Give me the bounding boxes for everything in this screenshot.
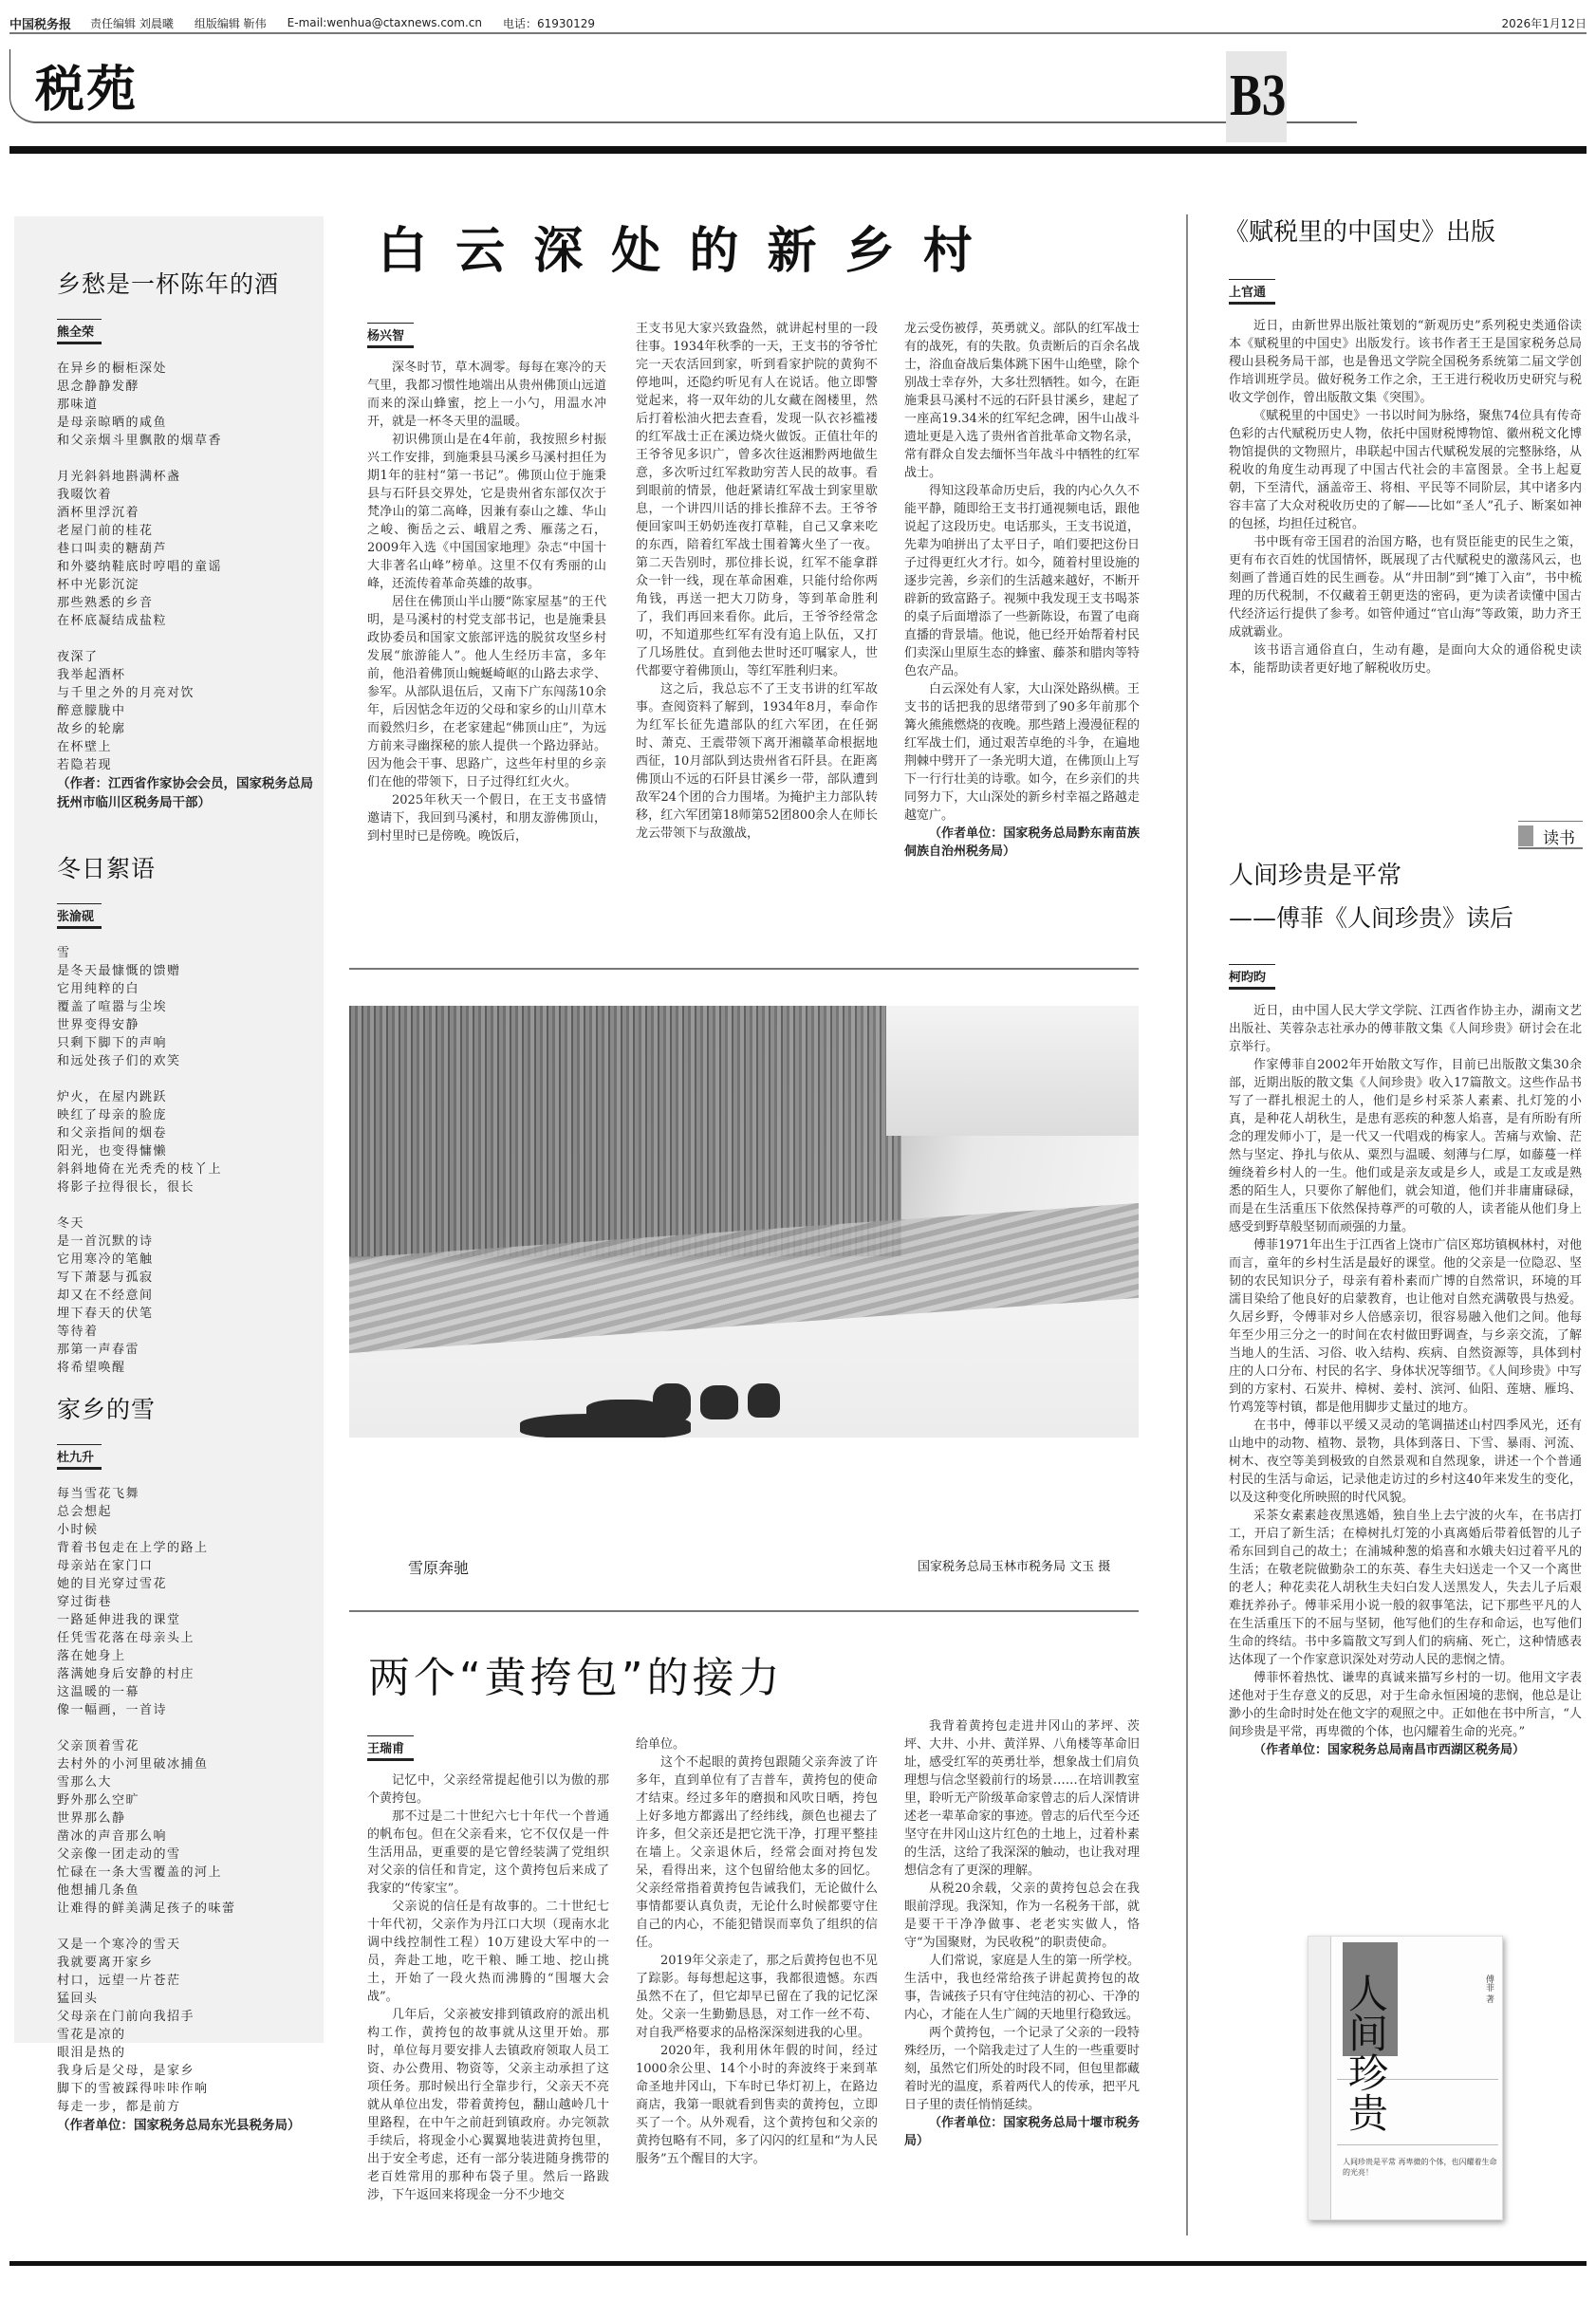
article-1-column-2: 王支书见大家兴致盎然，就讲起村里的一段往事。1934年秋季的一天，王支书的爷爷忙… — [636, 320, 878, 843]
verse-line: 雪那么大 — [57, 1773, 323, 1791]
photo-horse — [586, 1400, 662, 1420]
paragraph: 该书语言通俗直白，生动有趣，是面向大众的通俗税史读本，能帮助读者更好地了解税收历… — [1229, 641, 1582, 677]
poem-verse: 在异乡的橱柜深处 思念静静发酵 那味道 是母亲晾晒的咸鱼 和父亲烟斗里飘散的烟草… — [57, 360, 323, 774]
verse-line: 她的目光穿过雪花 — [57, 1575, 323, 1593]
verse-line: 总会想起 — [57, 1503, 323, 1521]
page-number-badge: B3 — [1226, 51, 1287, 142]
issue-date: 2026年1月12日 — [1502, 15, 1587, 31]
section-title: 税苑 — [35, 49, 138, 121]
article-4-subtitle: ——傅菲《人间珍贵》读后 — [1229, 900, 1513, 934]
paragraph: 那不过是二十世纪六七十年代一个普通的帆布包。但在父亲看来，它不仅仅是一件生活用品… — [367, 1808, 609, 1898]
verse-line: 杯中光影沉淀 — [57, 576, 323, 594]
photo-credit: 国家税务总局玉林市税务局 文玉 摄 — [918, 1556, 1110, 1574]
verse-line: 阳光，也变得慵懒 — [57, 1142, 323, 1160]
poem-author: 张渝砚 — [57, 903, 102, 929]
poetry-sidebar: 乡愁是一杯陈年的酒 熊全荣 在异乡的橱柜深处 思念静静发酵 那味道 是母亲晾晒的… — [14, 216, 324, 2043]
photo-rider — [653, 1383, 691, 1421]
paragraph: 两个黄挎包，一个记录了父亲的一段特殊经历，一个陪我走过了人生的一些重要时刻，虽然… — [904, 2024, 1140, 2114]
book-cover-image: 人间珍贵 傅菲 著 人间珍贵是平常 再卑微的个体，也闪耀着生命的光亮！ — [1308, 1936, 1503, 2220]
paragraph: 书中既有帝王国君的治国方略，也有贤臣能吏的民生之策，更有布衣百姓的忧国情怀，既展… — [1229, 533, 1582, 641]
verse-line: 每当雪花飞舞 — [57, 1485, 323, 1503]
poem-author: 熊全荣 — [57, 319, 102, 344]
paragraph: 居住在佛顶山半山腰“陈家屋基”的王代明，是马溪村的村党支部书记，也是施秉县政协委… — [367, 593, 606, 791]
poem-title: 家乡的雪 — [57, 1391, 323, 1425]
verse-line: 雪花是凉的 — [57, 2026, 323, 2044]
article-2-column-3: 我背着黄挎包走进井冈山的茅坪、茨坪、大井、小井、黄洋界、八角楼等革命旧址，感受红… — [904, 1717, 1140, 2150]
verse-line: 野外那么空旷 — [57, 1791, 323, 1809]
verse-line: 冬天 — [57, 1215, 323, 1233]
verse-line: 世界变得安静 — [57, 1016, 323, 1034]
email-contact[interactable]: E-mail:wenhua@ctaxnews.com.cn — [288, 16, 482, 29]
verse-line: 母亲站在家门口 — [57, 1557, 323, 1575]
verse-line: 和远处孩子们的欢笑 — [57, 1052, 323, 1070]
poem-title: 乡愁是一杯陈年的酒 — [57, 266, 323, 300]
article-4-body: 近日，由中国人民大学文学院、江西省作协主办，湖南文艺出版社、芙蓉杂志社承办的傅菲… — [1229, 1002, 1582, 1759]
paragraph: 我背着黄挎包走进井冈山的茅坪、茨坪、大井、小井、黄洋界、八角楼等革命旧址，感受红… — [904, 1717, 1140, 1880]
verse-line: 在杯壁上 — [57, 738, 323, 756]
article-3-author: 上官通 — [1229, 279, 1275, 305]
article-1-column-1: 深冬时节，草木凋零。每每在寒冷的天气里，我都习惯性地端出从贵州佛顶山远道而来的深… — [367, 359, 606, 845]
paragraph: 几年后，父亲被安排到镇政府的派出机构工作，黄挎包的故事就从这里开始。那时，单位每… — [367, 2006, 609, 2204]
verse-line: 是冬天最慷慨的馈赠 — [57, 962, 323, 980]
verse-line: 忙碌在一条大雪覆盖的河上 — [57, 1864, 323, 1882]
paragraph: 采茶女素素趁夜黑逃婚，独自坐上去宁波的火车，在书店打工，开启了新生活；在樟树扎灯… — [1229, 1507, 1582, 1669]
verse-line: 覆盖了喧嚣与尘埃 — [57, 998, 323, 1016]
page-number: B3 — [1230, 63, 1286, 130]
paragraph: 2020年，我利用休年假的时间，经过1000余公里、14个小时的奔波终于来到革命… — [636, 2042, 878, 2168]
verse-line: 像一幅画，一首诗 — [57, 1701, 323, 1719]
verse-line: 巷口叫卖的糖葫芦 — [57, 540, 323, 558]
verse-line: 我身后是父母，是家乡 — [57, 2062, 323, 2080]
article-2-column-1: 记忆中，父亲经常提起他引以为傲的那个黄挎包。 那不过是二十世纪六七十年代一个普通… — [367, 1771, 609, 2204]
snowfield-horses-photo — [349, 1006, 1139, 1437]
paragraph: 深冬时节，草木凋零。每每在寒冷的天气里，我都习惯性地端出从贵州佛顶山远道而来的深… — [367, 359, 606, 431]
verse-line: 眼泪是热的 — [57, 2044, 323, 2062]
paragraph: 给单位。 — [636, 1735, 878, 1753]
article-1-credit: （作者单位：国家税务总局黔东南苗族侗族自治州税务局） — [904, 825, 1140, 861]
article-4-author: 柯昀昀 — [1229, 964, 1275, 990]
paragraph: 这之后，我总忘不了王支书讲的红军故事。查阅资料了解到，1934年8月，奉命作为红… — [636, 680, 878, 843]
paragraph: 近日，由中国人民大学文学院、江西省作协主办，湖南文艺出版社、芙蓉杂志社承办的傅菲… — [1229, 1002, 1582, 1056]
verse-line: 那味道 — [57, 396, 323, 414]
verse-line: 与千里之外的月亮对饮 — [57, 684, 323, 702]
paragraph: 人们常说，家庭是人生的第一所学校。生活中，我也经常给孩子讲起黄挎包的故事，告诫孩… — [904, 1952, 1140, 2024]
stanza: 又是一个寒冷的雪天 我就要离开家乡 村口，远望一片苍茫 猛回头 父母亲在门前向我… — [57, 1936, 323, 2116]
verse-line: 雪 — [57, 944, 323, 962]
verse-line: 写下萧瑟与孤寂 — [57, 1269, 323, 1287]
verse-line: 它用纯粹的白 — [57, 980, 323, 998]
verse-line: 等待着 — [57, 1323, 323, 1341]
verse-line: 它用寒冷的笔触 — [57, 1251, 323, 1269]
verse-line: 在杯底凝结成盐粒 — [57, 612, 323, 630]
verse-line: 思念静静发酵 — [57, 378, 323, 396]
article-divider — [349, 1610, 1139, 1612]
verse-line: 那些熟悉的乡音 — [57, 594, 323, 612]
verse-line: 这温暖的一幕 — [57, 1683, 323, 1701]
verse-line: 我啜饮着 — [57, 486, 323, 504]
article-4-credit: （作者单位：国家税务总局南昌市西湖区税务局） — [1229, 1741, 1582, 1759]
verse-line: 若隐若现 — [57, 756, 323, 774]
poem-title: 冬日絮语 — [57, 850, 323, 884]
stanza: 每当雪花飞舞 总会想起 小时候 背着书包走在上学的路上 母亲站在家门口 她的目光… — [57, 1485, 323, 1719]
verse-line: 又是一个寒冷的雪天 — [57, 1936, 323, 1954]
photo-rider — [748, 1383, 780, 1418]
verse-line: 映红了母亲的脸庞 — [57, 1106, 323, 1124]
verse-line: 父亲像一团走动的雪 — [57, 1846, 323, 1864]
verse-line: 酒杯里浮沉着 — [57, 504, 323, 522]
footer-divider — [9, 2261, 1587, 2266]
paragraph: 作家傅菲自2002年开始散文写作，目前已出版散文集30余部，近期出版的散文集《人… — [1229, 1056, 1582, 1236]
verse-line: 猛回头 — [57, 1990, 323, 2008]
verse-line: 老屋门前的桂花 — [57, 522, 323, 540]
verse-line: 去村外的小河里破冰捕鱼 — [57, 1755, 323, 1773]
verse-line: 只剩下脚下的声响 — [57, 1034, 323, 1052]
verse-line: 埋下春天的伏笔 — [57, 1305, 323, 1323]
paragraph: 白云深处有人家，大山深处路纵横。王支书的话把我的思绪带到了90多年前那个篝火熊熊… — [904, 680, 1140, 825]
article-1-column-3: 龙云受伤被俘，英勇就义。部队的红军战士有的战死，有的失散。负责断后的百余名战士，… — [904, 320, 1140, 861]
verse-line: 任凭雪花落在母亲头上 — [57, 1629, 323, 1647]
paragraph: 近日，由新世界出版社策划的“新观历史”系列税史类通俗读本《赋税里的中国史》出版发… — [1229, 317, 1582, 407]
article-4-title: 人间珍贵是平常 — [1229, 856, 1401, 891]
article-2-column-2: 给单位。 这个不起眼的黄挎包跟随父亲奔波了许多年，直到单位有了吉普车，黄挎包的使… — [636, 1735, 878, 2168]
verse-line: 斜斜地倚在光秃秃的枝丫上 — [57, 1160, 323, 1178]
stanza: 夜深了 我举起酒杯 与千里之外的月亮对饮 醉意朦胧中 故乡的轮廓 在杯壁上 若隐… — [57, 648, 323, 774]
stanza: 冬天 是一首沉默的诗 它用寒冷的笔触 写下萧瑟与孤寂 却又在不经意间 埋下春天的… — [57, 1215, 323, 1377]
verse-line: 背着书包走在上学的路上 — [57, 1539, 323, 1557]
article-3-body: 近日，由新世界出版社策划的“新观历史”系列税史类通俗读本《赋税里的中国史》出版发… — [1229, 317, 1582, 677]
verse-line: 将影子拉得很长，很长 — [57, 1178, 323, 1196]
verse-line: 父母亲在门前向我招手 — [57, 2008, 323, 2026]
verse-line: 世界那么静 — [57, 1809, 323, 1827]
verse-line: 凿冰的声音那么响 — [57, 1827, 323, 1846]
book-cover-author: 傅菲 著 — [1483, 1975, 1495, 2003]
paragraph: 得知这段革命历史后，我的内心久久不能平静，随即给王支书打通视频电话，跟他说起了这… — [904, 482, 1140, 680]
paragraph: 父亲说的信任是有故事的。二十世纪七十年代初，父亲作为丹江口大坝（现南水北调中线控… — [367, 1898, 609, 2006]
paragraph: 龙云受伤被俘，英勇就义。部队的红军战士有的战死，有的失散。负责断后的百余名战士，… — [904, 320, 1140, 482]
verse-line: 和外婆纳鞋底时哼唱的童谣 — [57, 558, 323, 576]
verse-line: 我举起酒杯 — [57, 666, 323, 684]
poem-verse: 雪 是冬天最慷慨的馈赠 它用纯粹的白 覆盖了喧嚣与尘埃 世界变得安静 只剩下脚下… — [57, 944, 323, 1377]
header-divider — [9, 146, 1587, 154]
verse-line: 每走一步，都是前方 — [57, 2098, 323, 2116]
paragraph: 2025年秋天一个假日，在王支书盛情邀请下，我回到马溪村，和朋友游佛顶山，到村里… — [367, 791, 606, 845]
verse-line: 是母亲晾晒的咸鱼 — [57, 414, 323, 432]
article-3-title: 《赋税里的中国史》出版 — [1224, 213, 1495, 248]
verse-line: 和父亲指间的烟卷 — [57, 1124, 323, 1142]
article-2-credit: （作者单位：国家税务总局十堰市税务局） — [904, 2114, 1140, 2150]
verse-line: 醉意朦胧中 — [57, 702, 323, 720]
paragraph: 2019年父亲走了，那之后黄挎包也不见了踪影。每每想起这事，我都很遗憾。东西虽然… — [636, 1952, 878, 2042]
poem-verse: 每当雪花飞舞 总会想起 小时候 背着书包走在上学的路上 母亲站在家门口 她的目光… — [57, 1485, 323, 2116]
poem-author: 杜九升 — [57, 1444, 102, 1470]
photo-rider — [700, 1385, 738, 1419]
photo-caption: 雪原奔驰 — [408, 1556, 469, 1578]
paragraph: 傅菲怀着热忱、谦卑的真诚来描写乡村的一切。他用文字表述他对于生存意义的反思，对于… — [1229, 1669, 1582, 1741]
book-cover-tagline: 人间珍贵是平常 再卑微的个体，也闪耀着生命的光亮！ — [1343, 2157, 1502, 2178]
verse-line: 小时候 — [57, 1521, 323, 1539]
poem-author-note: （作者单位：国家税务总局东光县税务局） — [57, 2116, 323, 2135]
article-2-author: 王瑞甫 — [367, 1735, 414, 1761]
verse-line: 让难得的鲜美满足孩子的味蕾 — [57, 1900, 323, 1918]
verse-line: 夜深了 — [57, 648, 323, 666]
stanza: 炉火，在屋内跳跃 映红了母亲的脸庞 和父亲指间的烟卷 阳光，也变得慵懒 斜斜地倚… — [57, 1088, 323, 1196]
stanza: 月光斜斜地斟满杯盏 我啜饮着 酒杯里浮沉着 老屋门前的桂花 巷口叫卖的糖葫芦 和… — [57, 468, 323, 630]
paragraph: 从税20余载，父亲的黄挎包总会在我眼前浮现。我深知，作为一名税务干部，就是要干干… — [904, 1880, 1140, 1952]
column-rule — [1186, 214, 1188, 2235]
paragraph: 在书中，傅菲以平缓又灵动的笔调描述山村四季风光，还有山地中的动物、植物、景物，具… — [1229, 1417, 1582, 1507]
verse-line: 父亲顶着雪花 — [57, 1737, 323, 1755]
paragraph: 王支书见大家兴致盎然，就讲起村里的一段往事。1934年秋季的一天，王支书的爷爷忙… — [636, 320, 878, 680]
verse-line: 那第一声春雷 — [57, 1341, 323, 1359]
verse-line: 他想捕几条鱼 — [57, 1882, 323, 1900]
book-cover-title: 人间珍贵 — [1346, 1973, 1384, 2132]
poem-1: 乡愁是一杯陈年的酒 熊全荣 在异乡的橱柜深处 思念静静发酵 那味道 是母亲晾晒的… — [57, 266, 323, 812]
verse-line: 将希望唤醒 — [57, 1359, 323, 1377]
paragraph: 记忆中，父亲经常提起他引以为傲的那个黄挎包。 — [367, 1771, 609, 1808]
section-header: 税苑 — [9, 49, 1357, 123]
book-spine — [1308, 1937, 1331, 2219]
verse-line: 一路延伸进我的课堂 — [57, 1611, 323, 1629]
verse-line: 落满她身后安静的村庄 — [57, 1665, 323, 1683]
poem-3: 家乡的雪 杜九升 每当雪花飞舞 总会想起 小时候 背着书包走在上学的路上 母亲站… — [57, 1391, 323, 2135]
paper-name: 中国税务报 — [9, 14, 71, 32]
verse-line: 月光斜斜地斟满杯盏 — [57, 468, 323, 486]
phone-contact: 电话：61930129 — [503, 15, 595, 31]
poem-author-note: （作者：江西省作家协会会员，国家税务总局抚州市临川区税务局干部） — [57, 774, 323, 812]
poem-2: 冬日絮语 张渝砚 雪 是冬天最慷慨的馈赠 它用纯粹的白 覆盖了喧嚣与尘埃 世界变… — [57, 850, 323, 1395]
verse-line: 在异乡的橱柜深处 — [57, 360, 323, 378]
verse-line: 脚下的雪被踩得咔咔作响 — [57, 2080, 323, 2098]
paragraph: 傅菲1971年出生于江西省上饶市广信区郑坊镇枫林村，对他而言，童年的乡村生活是最… — [1229, 1236, 1582, 1417]
verse-line: 和父亲烟斗里飘散的烟草香 — [57, 432, 323, 450]
paragraph: 这个不起眼的黄挎包跟随父亲奔波了许多年，直到单位有了吉普车，黄挎包的使命才结束。… — [636, 1753, 878, 1952]
verse-line: 是一首沉默的诗 — [57, 1233, 323, 1251]
paragraph: 初识佛顶山是在4年前，我按照乡村振兴工作安排，到施秉县马溪乡马溪村担任为期1年的… — [367, 431, 606, 593]
photo-distant-hills — [886, 1006, 1139, 1136]
verse-line: 炉火，在屋内跳跃 — [57, 1088, 323, 1106]
stanza: 在异乡的橱柜深处 思念静静发酵 那味道 是母亲晾晒的咸鱼 和父亲烟斗里飘散的烟草… — [57, 360, 323, 450]
photo-birch-forest — [349, 1006, 901, 1256]
verse-line: 我就要离开家乡 — [57, 1954, 323, 1972]
verse-line: 村口，远望一片苍茫 — [57, 1972, 323, 1990]
layout-editor: 组版编辑 靳伟 — [195, 15, 267, 31]
verse-line: 故乡的轮廓 — [57, 720, 323, 738]
article-1-author: 杨兴智 — [367, 323, 414, 348]
article-divider — [349, 968, 1139, 970]
editor-in-charge: 责任编辑 刘晨曦 — [90, 15, 174, 31]
section-tag-reading: 读书 — [1518, 821, 1583, 849]
masthead-bar: 中国税务报 责任编辑 刘晨曦 组版编辑 靳伟 E-mail:wenhua@cta… — [9, 13, 1587, 34]
paragraph: 《赋税里的中国史》一书以时间为脉络，聚焦74位具有传奇色彩的古代赋税历史人物，依… — [1229, 407, 1582, 533]
section-tag-label: 读书 — [1543, 825, 1575, 848]
tag-marker — [1518, 825, 1533, 846]
article-1-title: 白 云 深 处 的 新 乡 村 — [378, 211, 978, 282]
verse-line: 却又在不经意间 — [57, 1287, 323, 1305]
article-2-title: 两个“黄挎包”的接力 — [368, 1643, 784, 1704]
verse-line: 落在她身上 — [57, 1647, 323, 1665]
verse-line: 穿过街巷 — [57, 1593, 323, 1611]
stanza: 雪 是冬天最慷慨的馈赠 它用纯粹的白 覆盖了喧嚣与尘埃 世界变得安静 只剩下脚下… — [57, 944, 323, 1070]
stanza: 父亲顶着雪花 去村外的小河里破冰捕鱼 雪那么大 野外那么空旷 世界那么静 凿冰的… — [57, 1737, 323, 1918]
